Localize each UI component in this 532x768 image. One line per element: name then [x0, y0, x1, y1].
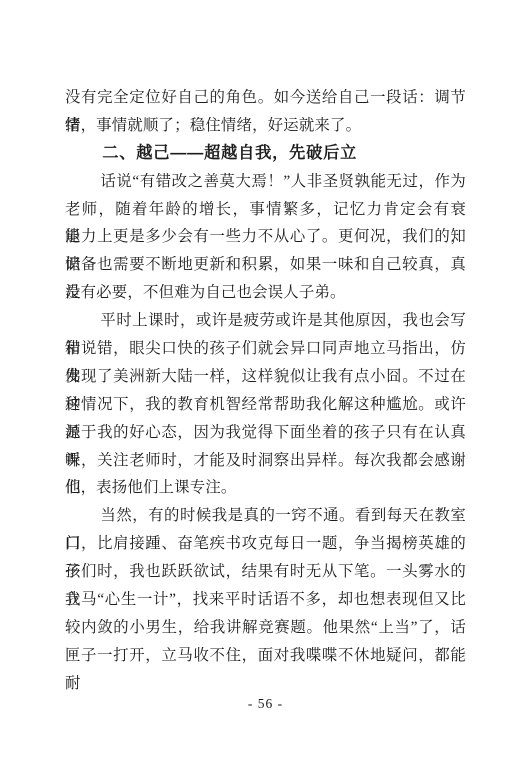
text-line: 话说“有错改之善莫大焉！”人非圣贤孰能无过，作为 [65, 168, 466, 196]
text-line: 源于我的好心态，因为我觉得下面坐着的孩子只有在认真听 [65, 419, 466, 447]
text-line: 没有完全定位好自己的角色。如今送给自己一段话：调节情 [65, 84, 466, 112]
text-line: 子们时，我也跃跃欲试，结果有时无从下笔。一头雾水的我 [65, 558, 466, 586]
text-line: 匣子一打开，立马收不住，面对我喋喋不休地疑问，都能耐 [65, 642, 466, 670]
text-line: 课，关注老师时，才能及时洞察出异样。每次我都会感谢他 [65, 447, 466, 475]
document-page: 没有完全定位好自己的角色。如今送给自己一段话：调节情绪，事情就顺了；稳住情绪，好… [0, 0, 532, 768]
text-line: 种情况下，我的教育机智经常帮助我化解这种尴尬。或许是 [65, 391, 466, 419]
text-line: 能力上更是多少会有一些力不从心了。更何况，我们的知识 [65, 223, 466, 251]
page-number: - 56 - [65, 694, 466, 714]
text-line: 老师，随着年龄的增长，事情繁多，记忆力肯定会有衰退， [65, 196, 466, 224]
section-heading: 二、越己——超越自我，先破后立 [65, 140, 466, 168]
text-line: 较内敛的小男生，给我讲解竞赛题。他果然“上当”了，话 [65, 614, 466, 642]
text-line: 立马“心生一计”，找来平时话语不多，却也想表现但又比 [65, 586, 466, 614]
text-line: 没有必要，不但难为自己也会误人子弟。 [65, 279, 466, 307]
text-line: 们，表扬他们上课专注。 [65, 474, 466, 502]
text-line: 绪，事情就顺了；稳住情绪，好运就来了。 [65, 112, 466, 140]
text-line: 口，比肩接踵、奋笔疾书攻克每日一题，争当揭榜英雄的孩 [65, 530, 466, 558]
text-line: 储备也需要不断地更新和积累，如果一味和自己较真，真是 [65, 251, 466, 279]
text-block: 没有完全定位好自己的角色。如今送给自己一段话：调节情绪，事情就顺了；稳住情绪，好… [65, 84, 466, 670]
text-line: 平时上课时，或许是疲劳或许是其他原因，我也会写错 [65, 307, 466, 335]
text-line: 当然，有的时候我是真的一窍不通。看到每天在教室门 [65, 502, 466, 530]
text-line: 发现了美洲新大陆一样，这样貌似让我有点小囧。不过在这 [65, 363, 466, 391]
text-line: 和说错，眼尖口快的孩子们就会异口同声地立马指出，仿佛 [65, 335, 466, 363]
